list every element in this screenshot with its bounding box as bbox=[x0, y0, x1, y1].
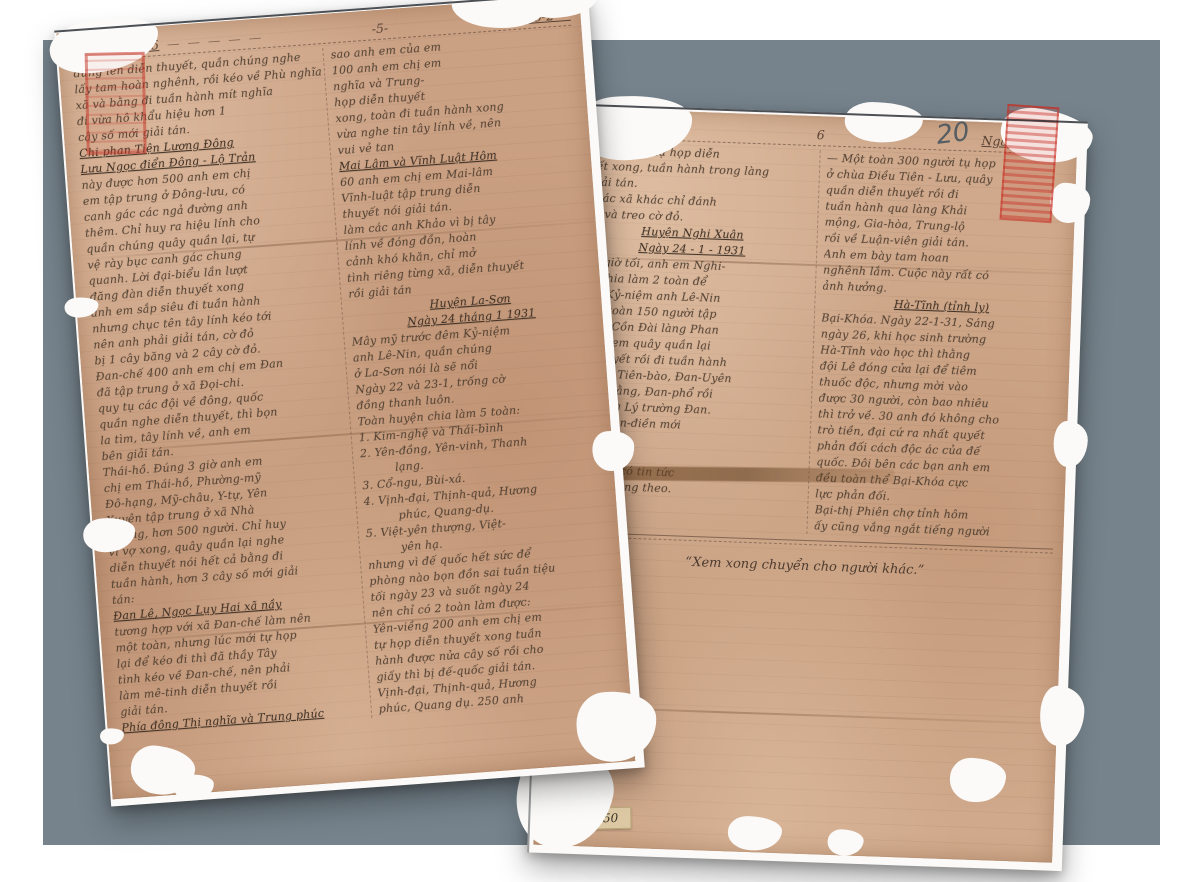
torn-edge bbox=[1049, 182, 1090, 223]
document-page-left: Buổi tối số 15 — — — — — -5- Ngày 5-2 — … bbox=[54, 0, 645, 807]
red-stamp-icon bbox=[85, 52, 147, 155]
torn-edge bbox=[173, 773, 215, 802]
scan-collage: Buổi tối số 25 6 Ngày 5-2-193 em các xã … bbox=[0, 0, 1200, 882]
red-stamp-icon bbox=[999, 104, 1059, 223]
header-dashes: — — — — — bbox=[166, 28, 263, 53]
footer-quote: “Xem xong chuyển cho người khác.” bbox=[557, 548, 1052, 585]
column-right: sao anh em của em100 anh em chị emnghĩa … bbox=[322, 30, 621, 719]
pencil-note: 20 bbox=[935, 119, 971, 149]
text-columns: đứng lên diễn thuyết, quần chúng nghelấy… bbox=[73, 30, 621, 737]
text-columns: em các xã đó, tự họp diễnthuyết xong, tu… bbox=[559, 142, 1067, 543]
